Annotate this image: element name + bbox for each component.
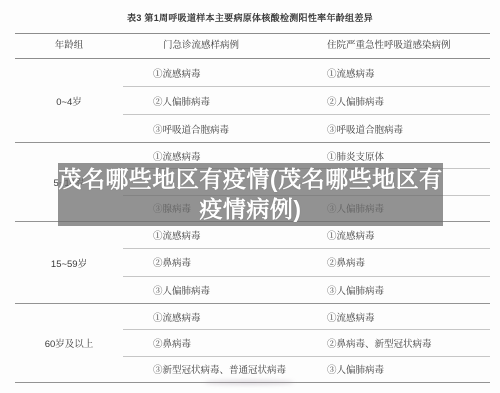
sari-cell: ②鼻病毒、新型冠状病毒	[325, 336, 490, 350]
table-row: ③人偏肺病毒 ③人偏肺病毒	[123, 277, 490, 303]
table-row: ②人偏肺病毒 ②人偏肺病毒	[123, 87, 490, 115]
table-header-row: 年龄组 门急诊流感样病例 住院严重急性呼吸道感染病例	[15, 33, 490, 59]
watermark-title-overlay: 茂名哪些地区有疫情(茂名哪些地区有 疫情病例)	[58, 163, 443, 226]
table-row: ①流感病毒 ①流感病毒	[123, 59, 490, 87]
header-outpatient-ili: 门急诊流感样病例	[123, 34, 325, 58]
sari-cell: ②人偏肺病毒	[325, 94, 490, 108]
age-group-60-plus: 60岁及以上 ①流感病毒 ①流感病毒 ②鼻病毒 ②鼻病毒、新型冠状病毒 ③新型冠…	[15, 304, 490, 383]
ili-cell: ③人偏肺病毒	[123, 283, 325, 297]
table-row: ②鼻病毒 ②鼻病毒、新型冠状病毒	[123, 330, 490, 356]
sari-cell: ①流感病毒	[325, 228, 490, 242]
table-row: ③呼吸道合胞病毒 ③呼吸道合胞病毒	[123, 115, 490, 142]
ili-cell: ③新型冠状病毒、普通冠状病毒	[123, 362, 325, 376]
table-title: 表3 第1周呼吸道样本主要病原体核酸检测阳性率年龄组差异	[0, 11, 500, 24]
sari-cell: ③人偏肺病毒	[325, 283, 490, 297]
watermark-line-2: 疫情病例)	[58, 194, 443, 224]
table-row: ①流感病毒 ①流感病毒	[123, 222, 490, 249]
age-group-0-4: 0~4岁 ①流感病毒 ①流感病毒 ②人偏肺病毒 ②人偏肺病毒 ③呼吸道合胞病毒 …	[15, 59, 490, 143]
table-row: ②鼻病毒 ②鼻病毒	[123, 249, 490, 276]
sari-cell: ③呼吸道合胞病毒	[325, 122, 490, 136]
ili-cell: ①流感病毒	[123, 149, 325, 163]
sari-cell: ①肺炎支原体	[325, 149, 490, 163]
table-row: ③新型冠状病毒、普通冠状病毒 ③人偏肺病毒	[123, 357, 490, 382]
bottom-smudge	[204, 380, 294, 385]
sari-cell: ①流感病毒	[325, 310, 490, 324]
watermark-line-1: 茂名哪些地区有疫情(茂名哪些地区有	[58, 164, 443, 194]
age-label: 60岁及以上	[15, 304, 123, 382]
ili-cell: ②人偏肺病毒	[123, 94, 325, 108]
header-hospitalized-sari: 住院严重急性呼吸道感染病例	[325, 34, 490, 58]
sari-cell: ①流感病毒	[325, 66, 490, 80]
sari-cell: ②鼻病毒	[325, 255, 490, 269]
ili-cell: ①流感病毒	[123, 310, 325, 324]
group-rows: ①流感病毒 ①流感病毒 ②人偏肺病毒 ②人偏肺病毒 ③呼吸道合胞病毒 ③呼吸道合…	[123, 59, 490, 142]
table-row: ①流感病毒 ①流感病毒	[123, 304, 490, 330]
sari-cell: ③人偏肺病毒	[325, 362, 490, 376]
ili-cell: ②鼻病毒	[123, 255, 325, 269]
age-group-15-59: 15~59岁 ①流感病毒 ①流感病毒 ②鼻病毒 ②鼻病毒 ③人偏肺病毒 ③人偏肺…	[15, 222, 490, 304]
ili-cell: ①流感病毒	[123, 66, 325, 80]
ili-cell: ①流感病毒	[123, 228, 325, 242]
page: 表3 第1周呼吸道样本主要病原体核酸检测阳性率年龄组差异 年龄组 门急诊流感样病…	[0, 0, 500, 393]
age-label: 0~4岁	[15, 59, 123, 142]
ili-cell: ②鼻病毒	[123, 336, 325, 350]
group-rows: ①流感病毒 ①流感病毒 ②鼻病毒 ②鼻病毒 ③人偏肺病毒 ③人偏肺病毒	[123, 222, 490, 303]
header-age-group: 年龄组	[15, 34, 123, 58]
group-rows: ①流感病毒 ①流感病毒 ②鼻病毒 ②鼻病毒、新型冠状病毒 ③新型冠状病毒、普通冠…	[123, 304, 490, 382]
ili-cell: ③呼吸道合胞病毒	[123, 122, 325, 136]
age-label: 15~59岁	[15, 222, 123, 303]
